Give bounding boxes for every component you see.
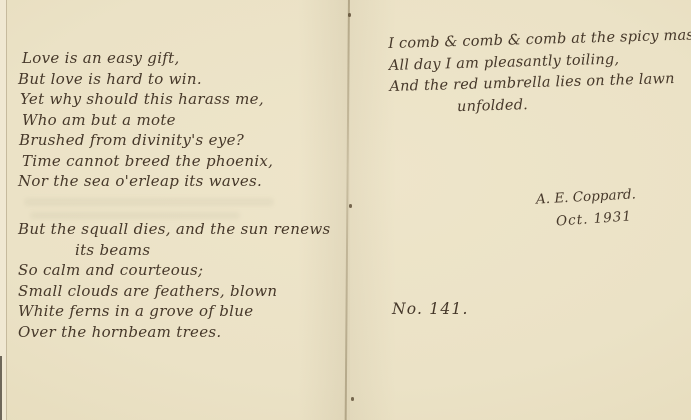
poem-stanza-3: I comb & comb & comb at the spicy mass, … — [388, 25, 691, 120]
poem-line: White ferns in a grove of blue — [18, 301, 331, 322]
poem-line: Over the hornbeam trees. — [18, 322, 331, 343]
poem-stanza-2: But the squall dies, and the sun renews … — [18, 219, 331, 342]
poem-line: its beams — [75, 240, 331, 261]
binding-stitch — [348, 13, 351, 17]
ink-show-through — [30, 212, 240, 219]
poem-line: Yet why should this harass me, — [20, 89, 273, 110]
poem-stanza-1: Love is an easy gift, But love is hard t… — [22, 48, 273, 192]
poem-line: Love is an easy gift, — [22, 48, 273, 69]
poem-line: Nor the sea o'erleap its waves. — [18, 171, 273, 192]
author-signature: A. E. Coppard. — [536, 186, 637, 207]
ink-show-through — [24, 198, 274, 206]
poem-line: But love is hard to win. — [18, 69, 273, 90]
poem-line: Brushed from divinity's eye? — [19, 130, 273, 151]
gutter-shadow-left — [298, 0, 350, 420]
binding-stitch — [349, 204, 352, 208]
poem-line: So calm and courteous; — [18, 260, 331, 281]
poem-line: Time cannot breed the phoenix, — [22, 151, 273, 172]
binding-stitch — [351, 397, 354, 401]
catalog-number: No. 141. — [392, 300, 469, 318]
poem-line: Who am but a mote — [22, 110, 273, 131]
photo-edge-shadow — [0, 356, 2, 420]
manuscript-date: Oct. 1931 — [556, 208, 633, 229]
open-manuscript-book: Love is an easy gift, But love is hard t… — [0, 0, 691, 420]
poem-line: But the squall dies, and the sun renews — [18, 219, 331, 240]
poem-line: Small clouds are feathers, blown — [18, 281, 331, 302]
